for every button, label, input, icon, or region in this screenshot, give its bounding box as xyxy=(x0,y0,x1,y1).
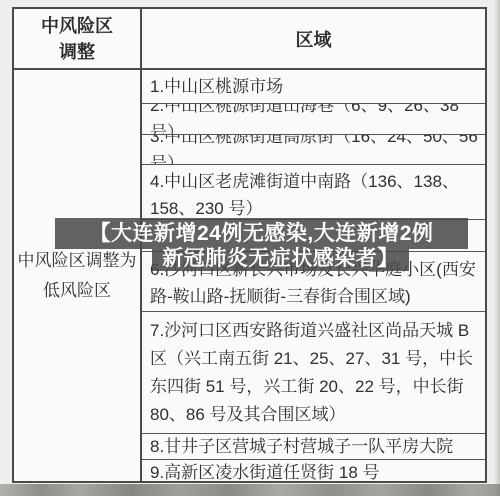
region-row-1: 1.中山区桃源市场 xyxy=(142,70,485,104)
right-edge-shade xyxy=(494,0,500,496)
region-row-8-text: 8.甘井子区营城子村营城子一队平房大院 xyxy=(150,436,479,458)
region-row-7-text: 7.沙河口区西安路街道兴盛社区尚品天城 B 区（兴工南五街 21、25、27、3… xyxy=(150,317,479,429)
risk-area-table: 中风险区 调整 中风险区调整为 低风险区 区域 1.中山区桃源市场 2.中山区桃… xyxy=(12,7,487,483)
region-row-4-text: 4.中山区老虎滩街道中南路（136、138、158、230 号） xyxy=(150,168,479,220)
header-risk-line1: 中风险区 xyxy=(41,13,113,39)
region-row-6: 6.沙河口区新长兴市场及长兴华庭小区(西安路-鞍山路-抚顺街-三春街合围区域) xyxy=(142,252,485,312)
region-row-8: 8.甘井子区营城子村营城子一队平房大院 xyxy=(142,434,485,460)
region-column: 区域 1.中山区桃源市场 2.中山区桃源街道山海巷（6、9、26、38 号） 3… xyxy=(142,9,485,481)
region-row-3: 3.中山区桃源街道高原街（16、24、50、56 号） xyxy=(142,135,485,165)
region-row-2-text: 2.中山区桃源街道山海巷（6、9、26、38 号） xyxy=(150,104,479,135)
header-region: 区域 xyxy=(142,9,485,70)
risk-adjust-line1: 中风险区调整为 xyxy=(18,246,137,276)
bottom-edge-strip xyxy=(0,484,500,496)
risk-adjust-line2: 低风险区 xyxy=(43,276,111,306)
region-row-9: 9.高新区凌水街道任贤街 18 号 xyxy=(142,460,485,485)
header-region-label: 区域 xyxy=(296,26,332,52)
risk-adjust-value-cell: 中风险区调整为 低风险区 xyxy=(14,70,140,481)
region-row-2: 2.中山区桃源街道山海巷（6、9、26、38 号） xyxy=(142,104,485,135)
header-risk-adjust: 中风险区 调整 xyxy=(14,9,140,70)
header-risk-line2: 调整 xyxy=(59,39,95,65)
risk-adjust-column: 中风险区 调整 中风险区调整为 低风险区 xyxy=(14,9,142,481)
region-row-9-text: 9.高新区凌水街道任贤街 18 号 xyxy=(150,462,479,483)
region-row-6-text: 6.沙河口区新长兴市场及长兴华庭小区(西安路-鞍山路-抚顺街-三春街合围区域) xyxy=(150,256,479,310)
screenshot-root: 中风险区 调整 中风险区调整为 低风险区 区域 1.中山区桃源市场 2.中山区桃… xyxy=(0,0,500,496)
region-row-3-text: 3.中山区桃源街道高原街（16、24、50、56 号） xyxy=(150,135,479,165)
region-row-7: 7.沙河口区西安路街道兴盛社区尚品天城 B 区（兴工南五街 21、25、27、3… xyxy=(142,312,485,434)
region-row-4: 4.中山区老虎滩街道中南路（136、138、158、230 号） xyxy=(142,165,485,220)
region-row-5-obscured xyxy=(142,220,485,252)
region-row-1-text: 1.中山区桃源市场 xyxy=(150,73,479,100)
